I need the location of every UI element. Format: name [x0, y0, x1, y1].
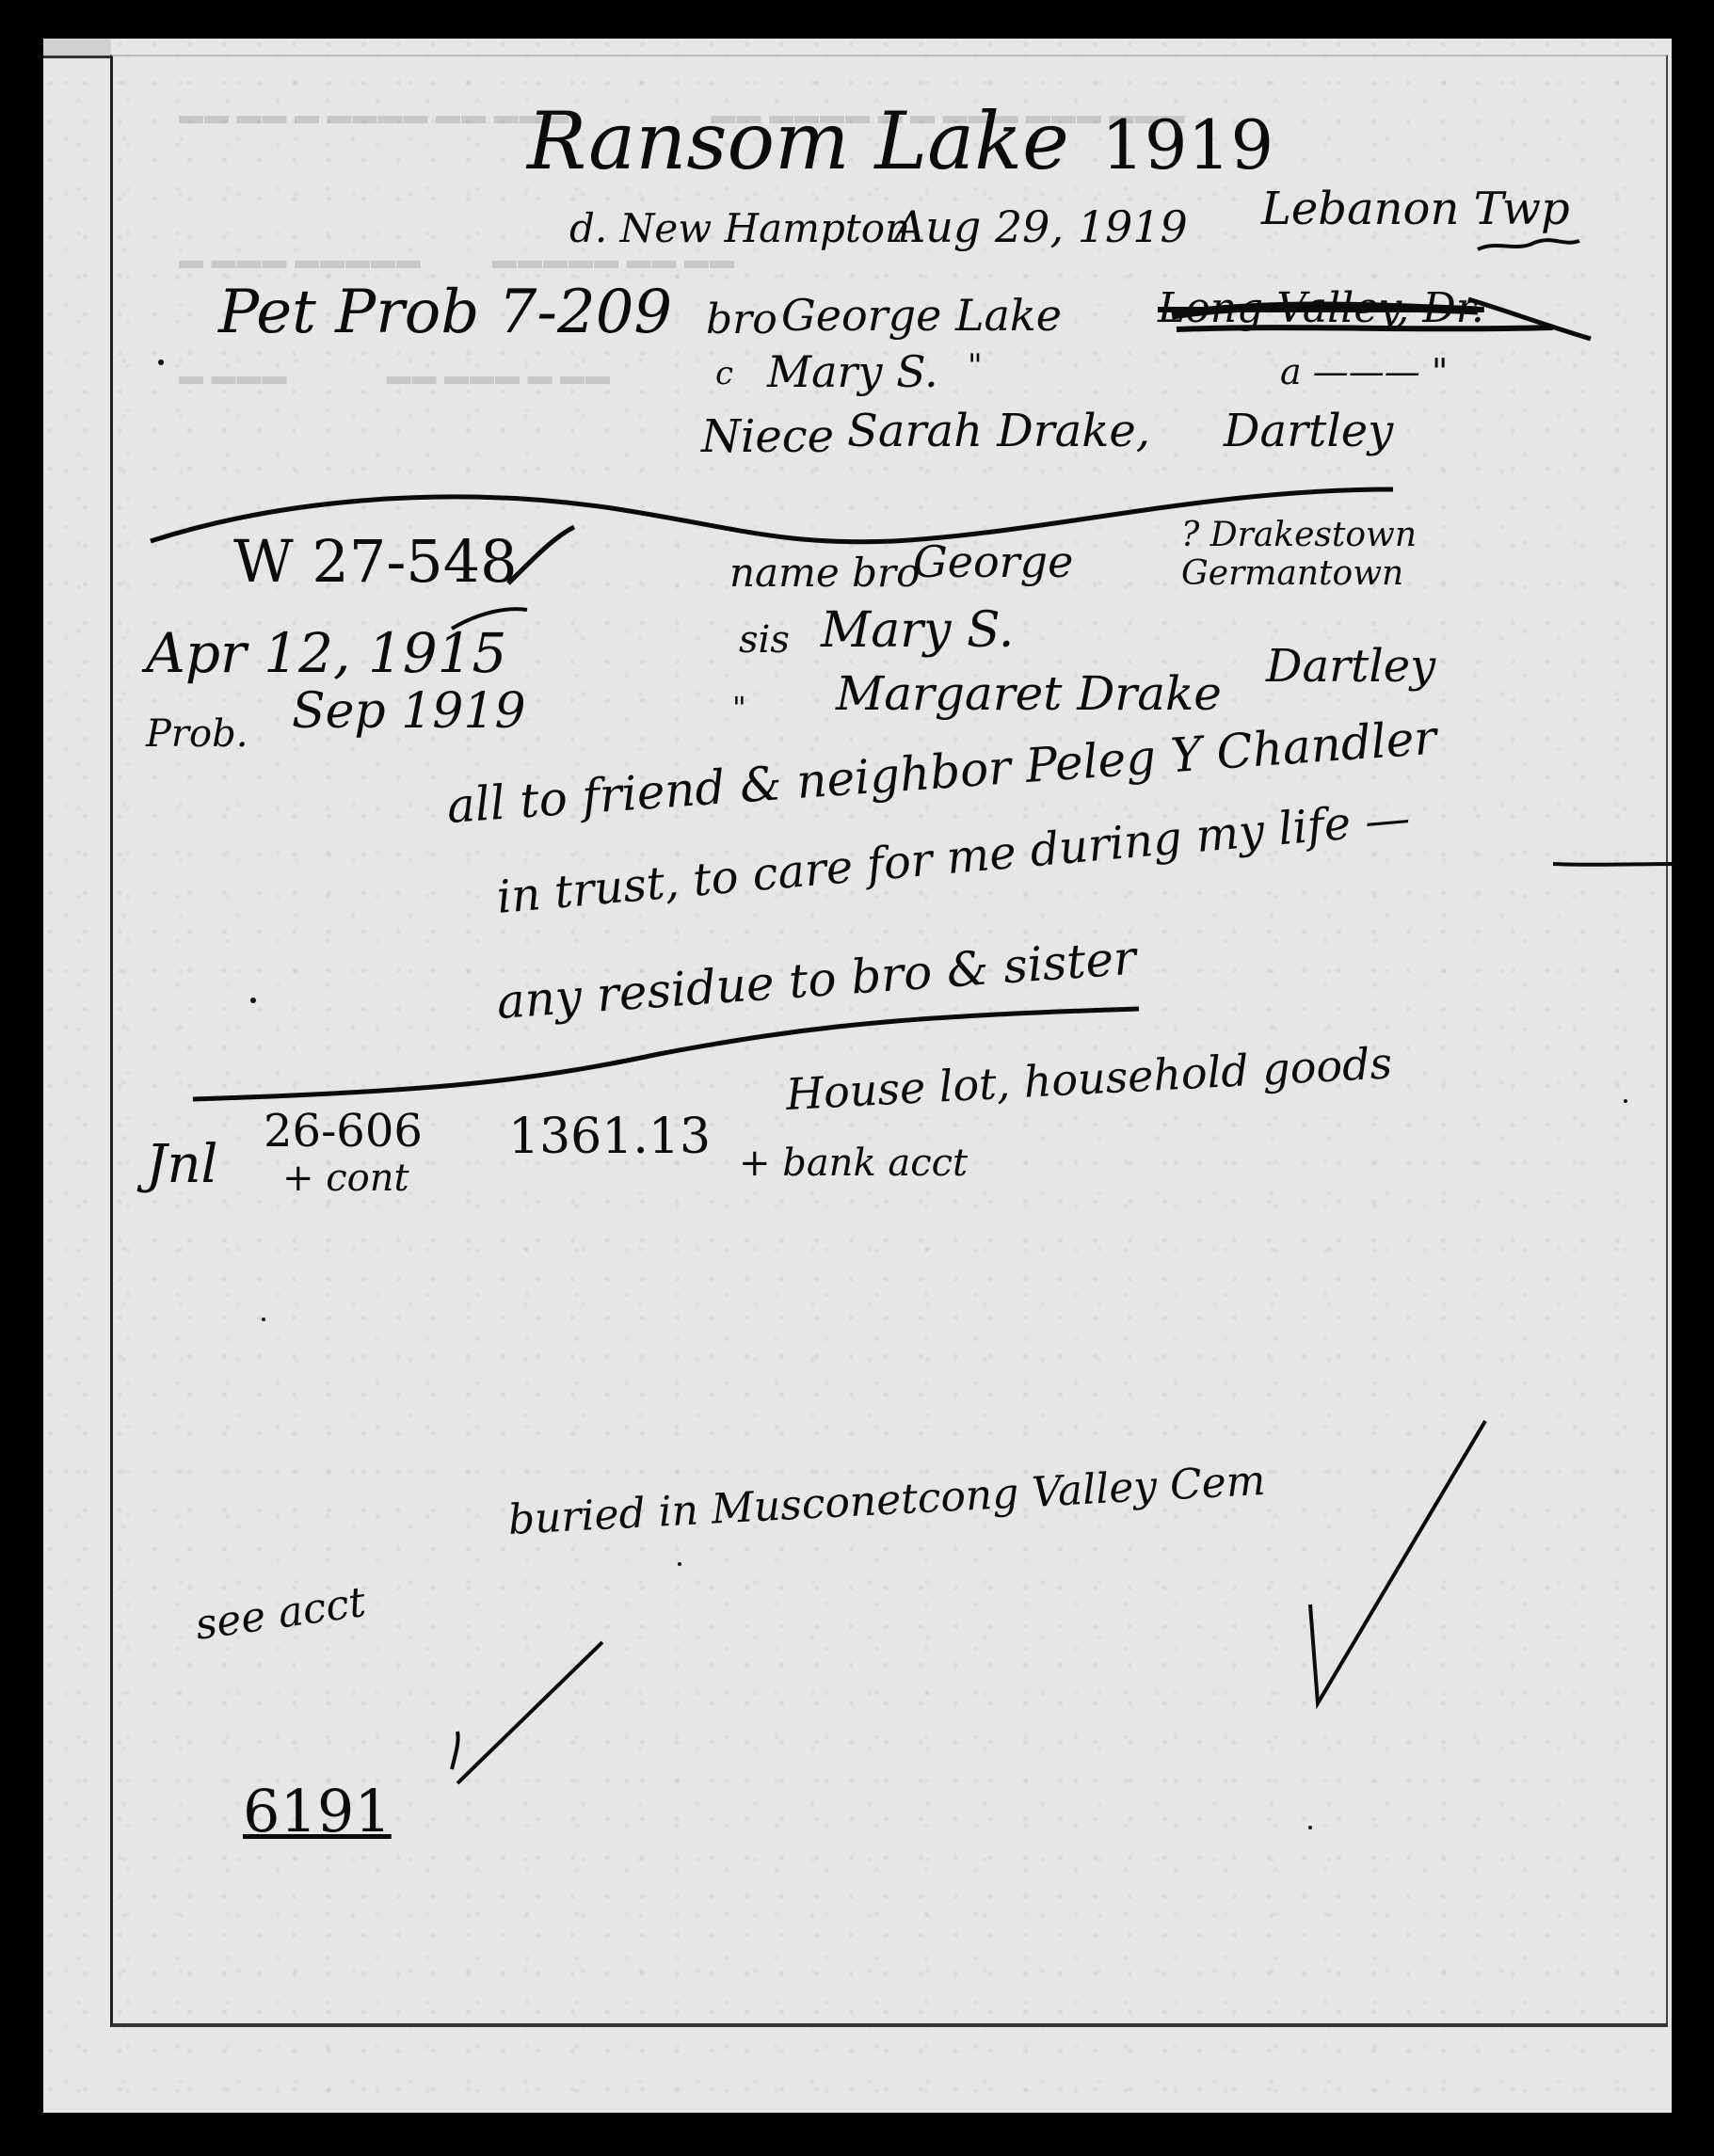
will-named-name: Mary S.	[821, 606, 1014, 655]
inventory-ref-sub: + cont	[282, 1159, 409, 1197]
page-tab-edge	[43, 39, 111, 58]
heir-place: a ——— "	[1280, 354, 1448, 390]
ditto-mark: "	[968, 350, 983, 382]
heir-name: Mary S.	[767, 350, 938, 393]
bleed-through-text: ▬ ▬▬▬ ▬▬ ▬▬▬ ▬ ▬▬	[179, 362, 611, 391]
margin-dot	[158, 359, 164, 365]
will-named-relation: sis	[739, 621, 790, 659]
margin-dot	[250, 998, 256, 1003]
inventory-amount: 1361.13	[508, 1112, 711, 1161]
will-named-place: ? Drakestown Germantown	[1181, 516, 1577, 594]
heir-name: Sarah Drake,	[847, 408, 1150, 454]
inventory-items: + bank acct	[739, 1144, 968, 1182]
heir-relation: Niece	[701, 414, 834, 459]
probate-label: Prob.	[146, 715, 248, 753]
heir-place: Dartley	[1224, 408, 1393, 454]
inventory-label: Jnl	[146, 1139, 217, 1191]
will-named-name: Margaret Drake	[836, 670, 1222, 717]
header-name: Ransom Lake	[527, 102, 1069, 181]
file-number: 6191	[243, 1782, 392, 1841]
death-place: d. New Hampton	[569, 209, 910, 248]
probate-date: Sep 1919	[292, 687, 526, 736]
will-ref: W 27-548	[233, 533, 518, 591]
speck	[1624, 1099, 1627, 1103]
speck	[1308, 1826, 1312, 1829]
will-named-relation: name bro	[729, 553, 920, 593]
will-named-name: George	[913, 540, 1073, 583]
death-date: Aug 29, 1919	[894, 205, 1188, 248]
inventory-ref: 26-606	[264, 1109, 423, 1154]
header-year: 1919	[1101, 111, 1273, 179]
heir-relation: c	[715, 358, 733, 390]
heir-place-struck: Long Valley, Dr.	[1158, 288, 1484, 329]
will-named-place: Dartley	[1266, 644, 1435, 689]
township: Lebanon Twp	[1261, 186, 1570, 232]
speck	[678, 1562, 681, 1566]
petition-ref: Pet Prob 7-209	[218, 282, 672, 343]
will-date: Apr 12, 1915	[146, 626, 506, 680]
heir-name: George Lake	[781, 294, 1062, 337]
speck	[262, 1318, 265, 1321]
ditto-mark: "	[732, 693, 746, 723]
heir-relation: bro	[706, 299, 777, 341]
